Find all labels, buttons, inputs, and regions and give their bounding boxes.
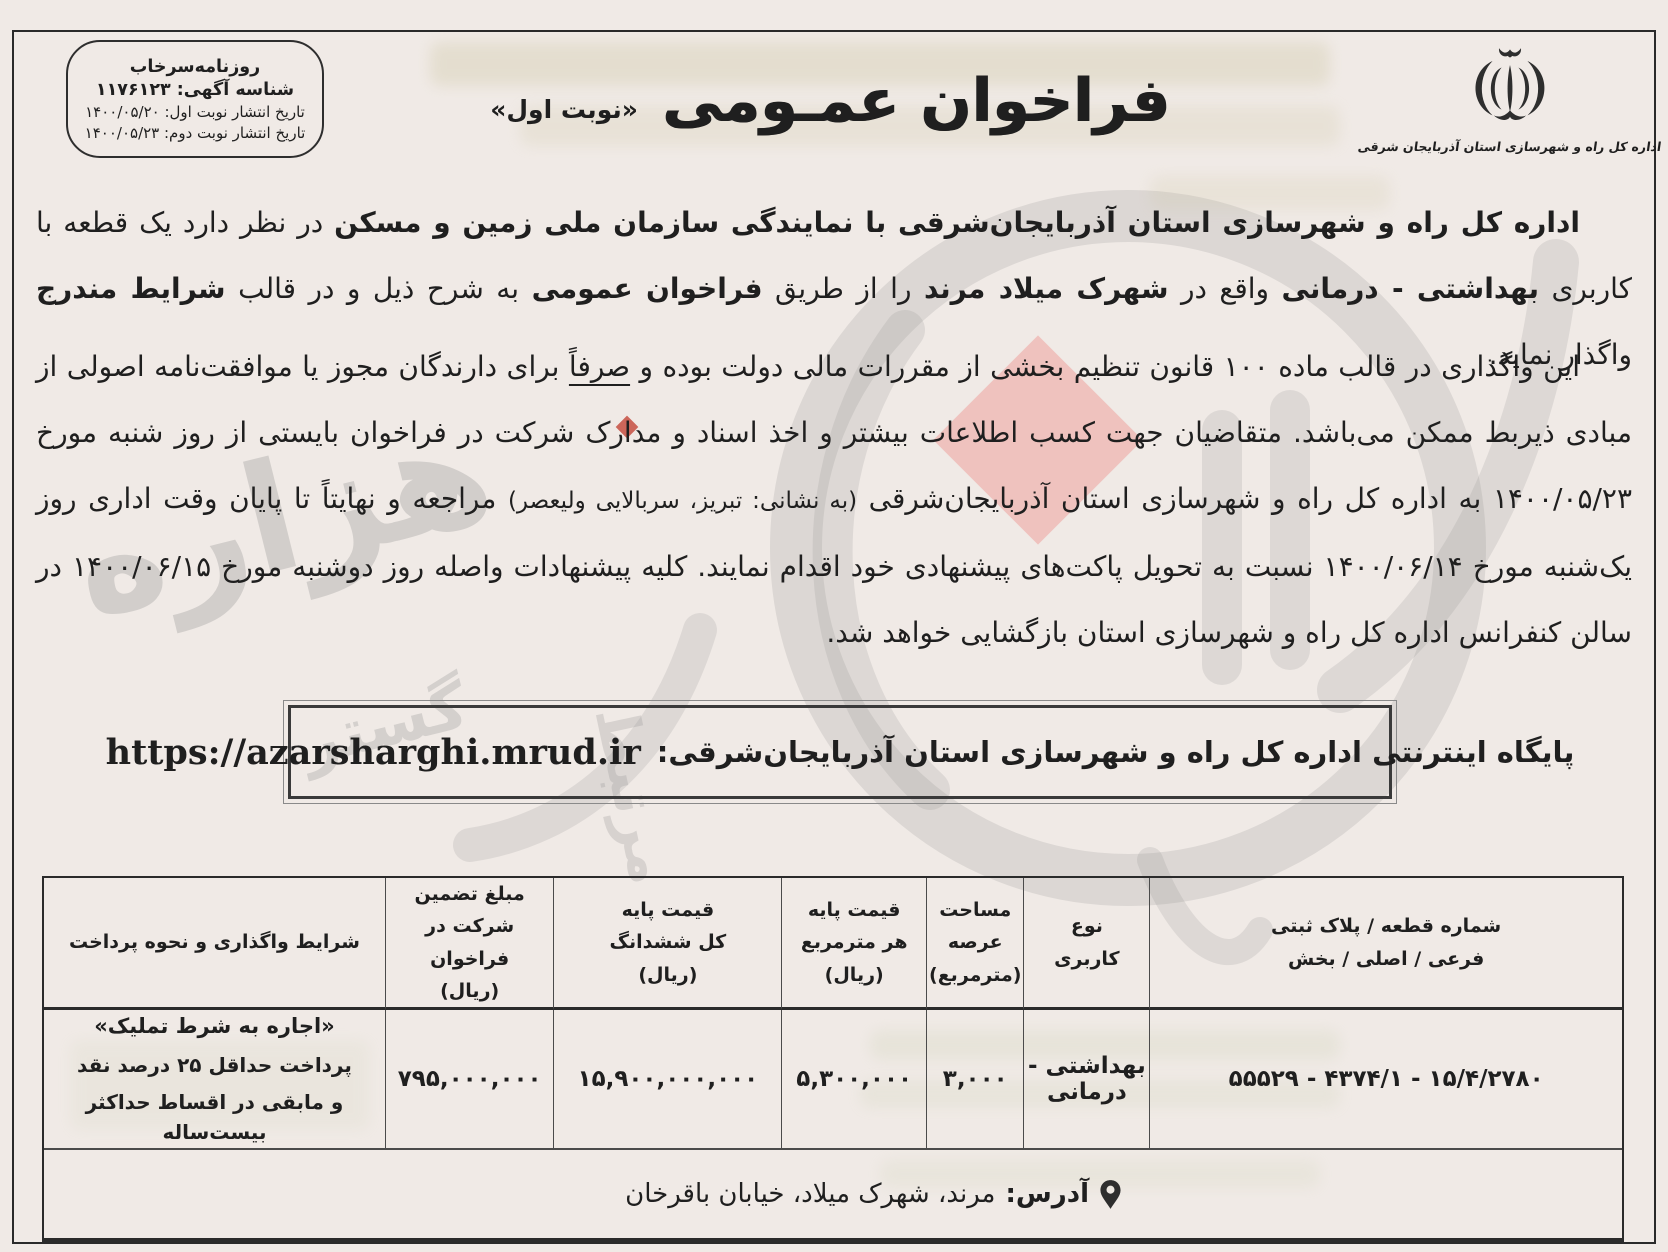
terms-line: پرداخت حداقل ۲۵ درصد نقد [77, 1050, 352, 1080]
tender-table: شماره قطعه / پلاک ثبتی فرعی / اصلی / بخش… [42, 876, 1624, 1242]
website-box: پایگاه اینترنتی اداره کل راه و شهرسازی ا… [283, 700, 1397, 804]
newspaper-ad-page: هزاره گستر مرتبط روزنامه‌سرخاب شناسه آگه… [0, 0, 1668, 1252]
payment-terms-cell: «اجاره به شرط تملیک» پرداخت حداقل ۲۵ درص… [44, 1010, 385, 1150]
col-header-total-base-price: قیمت پایه کل ششدانگ (ریال) [553, 878, 781, 1010]
ad-title-block: فراخوان عمـومی «نوبت اول» [500, 66, 1160, 136]
col-header-usage-type: نوع کاربری [1023, 878, 1149, 1010]
col-header-parcel-number: شماره قطعه / پلاک ثبتی فرعی / اصلی / بخش [1149, 878, 1622, 1010]
website-url: https://azarsharghi.mrud.ir [106, 732, 641, 773]
terms-line: و مابقی در اقساط حداکثر بیست‌ساله [46, 1087, 383, 1147]
ad-round-label: «نوبت اول» [490, 95, 638, 136]
location-pin-icon [1099, 1179, 1122, 1210]
total-price-cell: ۱۵,۹۰۰,۰۰۰,۰۰۰ [553, 1010, 781, 1150]
col-header-land-area: مساحت عرصه (مترمربع) [926, 878, 1023, 1010]
usage-type-cell: بهداشتی - درمانی [1023, 1010, 1149, 1150]
newspaper-name: روزنامه‌سرخاب [80, 57, 310, 77]
address-row: آدرس: مرند، شهرک میلاد، خیابان باقرخان [44, 1150, 1622, 1238]
parcel-number-value: ۵۵۵۲۹ - ۴۳۷۴/۱ - ۱۵/۴/۲۷۸۰ [1229, 1066, 1544, 1092]
government-emblem-block: اداره کل راه و شهرسازی استان آذربایجان ش… [1384, 34, 1636, 154]
col-header-payment-terms: شرایط واگذاری و نحوه پرداخت [44, 878, 385, 1010]
website-label: پایگاه اینترنتی اداره کل راه و شهرسازی ا… [657, 735, 1575, 769]
second-publication-date: تاریخ انتشار نوبت دوم: ۱۴۰۰/۰۵/۲۳ [80, 124, 310, 142]
newspaper-info-box: روزنامه‌سرخاب شناسه آگهی: ۱۱۷۶۱۲۳ تاریخ … [66, 40, 324, 158]
organization-name-calligraphy: اداره کل راه و شهرسازی استان آذربایجان ش… [1357, 139, 1662, 154]
iran-emblem-icon [1466, 34, 1554, 136]
col-header-guarantee-amount: مبلغ تضمین شرکت در فراخوان (ریال) [385, 878, 553, 1010]
page-title: فراخوان عمـومی [662, 66, 1170, 136]
details-paragraph: این واگذاری در قالب ماده ۱۰۰ قانون تنظیم… [36, 334, 1632, 666]
first-publication-date: تاریخ انتشار نوبت اول: ۱۴۰۰/۰۵/۲۰ [80, 103, 310, 121]
terms-title: «اجاره به شرط تملیک» [94, 1011, 335, 1043]
price-per-m2-cell: ۵,۳۰۰,۰۰۰ [781, 1010, 926, 1150]
website-box-inner: پایگاه اینترنتی اداره کل راه و شهرسازی ا… [288, 705, 1392, 799]
land-area-cell: ۳,۰۰۰ [926, 1010, 1023, 1150]
ad-id: شناسه آگهی: ۱۱۷۶۱۲۳ [80, 80, 310, 100]
guarantee-amount-cell: ۷۹۵,۰۰۰,۰۰۰ [385, 1010, 553, 1150]
col-header-base-price-per-m2: قیمت پایه هر مترمربع (ریال) [781, 878, 926, 1010]
address-label: آدرس: [1006, 1179, 1090, 1209]
address-text: مرند، شهرک میلاد، خیابان باقرخان [625, 1179, 995, 1209]
parcel-number-cell: ۵۵۵۲۹ - ۴۳۷۴/۱ - ۱۵/۴/۲۷۸۰ [1149, 1010, 1622, 1150]
